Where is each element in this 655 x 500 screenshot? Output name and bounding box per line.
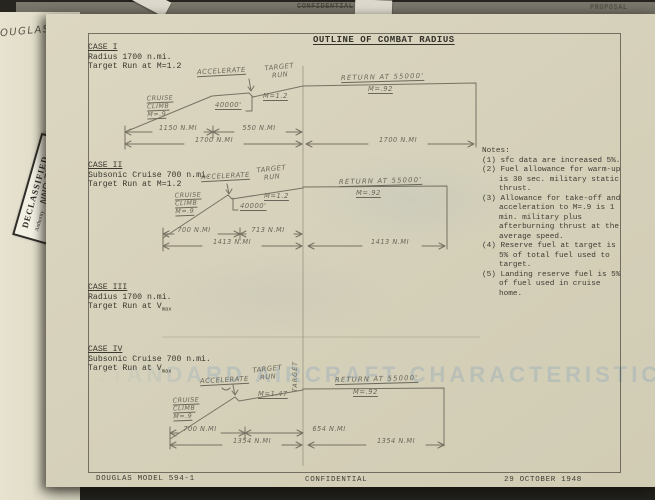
case2-header: CASE II Subsonic Cruise 700 n.mi. Target… xyxy=(88,161,211,192)
case1-altitude-label: 40000' xyxy=(215,102,242,110)
declassified-stamp-authority-label: Authority xyxy=(34,210,46,232)
case2-name: CASE II xyxy=(88,161,211,171)
case2-cruise-climb-label: CRUISECLIMBM=.9 xyxy=(175,191,202,216)
case2-altitude-label: 40000' xyxy=(240,203,267,211)
case1-target-mach-label: M=1.2 xyxy=(263,93,288,101)
case4-desc2: Target Run at Vmax xyxy=(88,364,211,376)
case4-target-run-label: TARGETRUN xyxy=(252,364,283,382)
notes-block: Notes: (1) sfc data are increased 5%. (2… xyxy=(482,147,622,299)
case1-dim-total-out: 1700 N.MI xyxy=(186,137,242,145)
note-5: (5) Landing reserve fuel is 5% of fuel u… xyxy=(482,271,622,300)
footer-classification: CONFIDENTIAL xyxy=(305,476,367,484)
note-1: (1) sfc data are increased 5%. xyxy=(482,157,622,167)
case1-target-run-label: TARGETRUN xyxy=(264,62,295,80)
case2-target-mach-label: M=1.2 xyxy=(264,193,289,201)
case2-dim-return: 1413 N.MI xyxy=(362,239,418,247)
case1-desc2: Target Run at M=1.2 xyxy=(88,62,181,74)
case3-header: CASE III Radius 1700 n.mi. Target Run at… xyxy=(88,283,172,314)
case3-desc2: Target Run at Vmax xyxy=(88,302,172,314)
case4-name: CASE IV xyxy=(88,345,211,355)
page-title: OUTLINE OF COMBAT RADIUS xyxy=(313,35,455,45)
case4-header: CASE IV Subsonic Cruise 700 n.mi. Target… xyxy=(88,345,211,376)
case3-desc1: Radius 1700 n.mi. xyxy=(88,293,172,303)
case4-cruise-climb-label: CRUISECLIMBM=.9 xyxy=(173,396,200,421)
backdrop-proposal-stamp: PROPOSAL xyxy=(590,4,628,12)
case2-desc1: Subsonic Cruise 700 n.mi. xyxy=(88,171,211,181)
note-2: (2) Fuel allowance for warm-up is 30 sec… xyxy=(482,166,622,195)
case4-dim-total-out: 1354 N.MI xyxy=(224,438,280,446)
case2-target-run-label: TARGETRUN xyxy=(256,164,287,182)
case2-return-mach-label: M=.92 xyxy=(356,190,381,198)
case3-name: CASE III xyxy=(88,283,172,293)
case4-return-mach-label: M=.92 xyxy=(353,389,378,397)
case2-dim-target: 713 N.MI xyxy=(244,227,292,235)
case2-dim-cruise: 700 N.MI xyxy=(172,227,216,235)
case4-dim-cruise: 700 N.MI xyxy=(178,426,222,434)
case4-target-mach-label: M=1.47 xyxy=(258,391,288,399)
case1-dim-target: 550 N.MI xyxy=(234,125,284,133)
case1-name: CASE I xyxy=(88,43,181,53)
note-3: (3) Allowance for take-off and accelerat… xyxy=(482,195,622,243)
backdrop-confidential-stamp: CONFIDENTIAL xyxy=(297,3,353,11)
case2-dim-total-out: 1413 N.MI xyxy=(204,239,260,247)
case1-dim-return: 1700 N.MI xyxy=(370,137,426,145)
scanned-document-photo: { "colors": { "paper": "#d7d2bc", "back_… xyxy=(0,0,655,500)
case4-target-marker-label: TARGET xyxy=(292,344,300,392)
footer-model: DOUGLAS MODEL 594-1 xyxy=(96,475,195,483)
case4-desc1: Subsonic Cruise 700 n.mi. xyxy=(88,355,211,365)
case1-desc1: Radius 1700 n.mi. xyxy=(88,53,181,63)
note-4: (4) Reserve fuel at target is 5% of tota… xyxy=(482,242,622,271)
case1-cruise-climb-label: CRUISECLIMBM=.9 xyxy=(147,94,174,119)
case1-dim-cruise: 1150 N.MI xyxy=(152,125,204,133)
case4-dim-target: 654 N.MI xyxy=(306,426,352,434)
case4-dim-return: 1354 N.MI xyxy=(368,438,424,446)
case1-return-mach-label: M=.92 xyxy=(368,86,393,94)
notes-heading: Notes: xyxy=(482,147,622,157)
footer-date: 29 OCTOBER 1948 xyxy=(504,476,582,484)
case1-header: CASE I Radius 1700 n.mi. Target Run at M… xyxy=(88,43,181,74)
